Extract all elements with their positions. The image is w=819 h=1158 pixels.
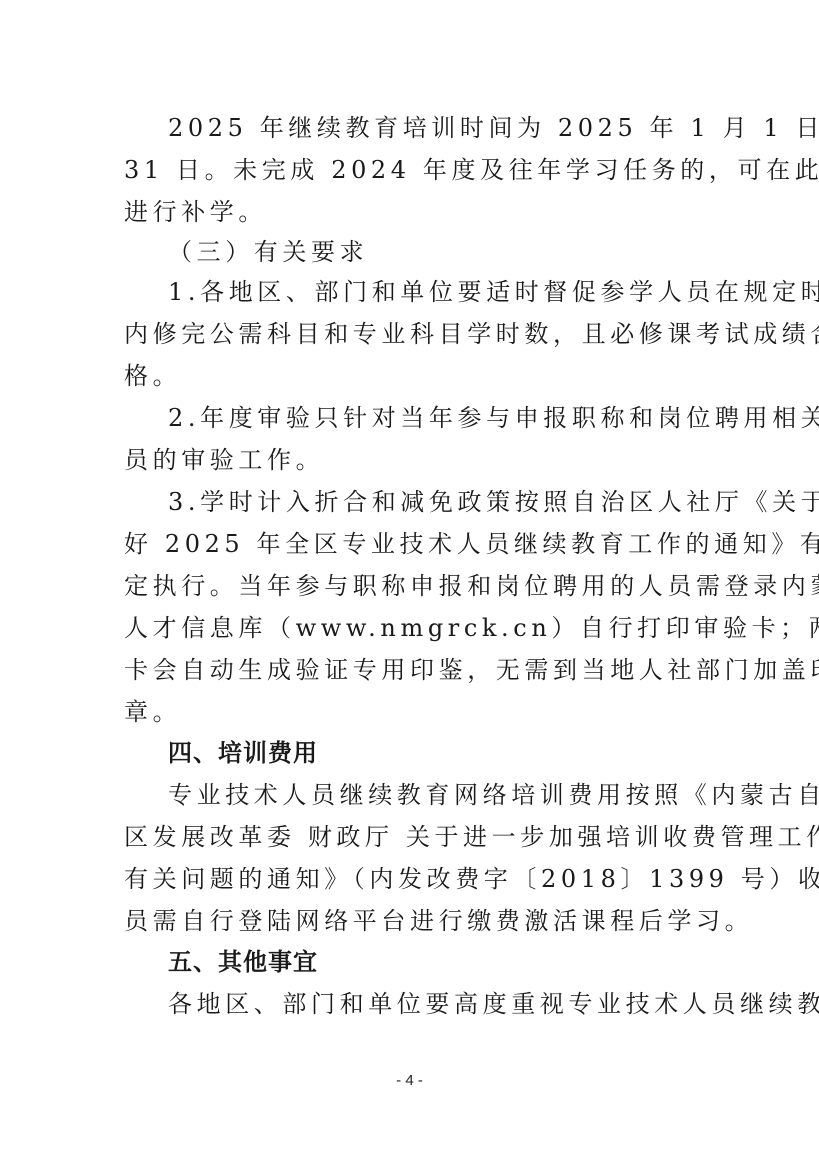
text-line: 2.年度审验只针对当年参与申报职称和岗位聘用相关人 — [168, 403, 694, 433]
text-line: 3.学时计入折合和减免政策按照自治区人社厅《关于做 — [168, 487, 694, 517]
text-line: 1.各地区、部门和单位要适时督促参学人员在规定时间 — [168, 277, 694, 307]
text-line: 员的审验工作。 — [124, 445, 324, 475]
text-line: 区发展改革委 财政厅 关于进一步加强培训收费管理工作 — [124, 822, 694, 852]
page-number: - 4 - — [0, 1072, 819, 1089]
text-line: 定执行。当年参与职称申报和岗位聘用的人员需登录内蒙古 — [124, 571, 694, 601]
text-line: 员需自行登陆网络平台进行缴费激活课程后学习。 — [124, 906, 753, 936]
text-line: 人才信息库（www.nmgrck.cn）自行打印审验卡；两类审验 — [124, 613, 694, 643]
section-heading: 四、培训费用 — [168, 738, 318, 768]
text-line: （三）有关要求 — [168, 237, 368, 267]
text-line: 专业技术人员继续教育网络培训费用按照《内蒙古自治 — [168, 780, 694, 810]
text-line: 各地区、部门和单位要高度重视专业技术人员继续教育 — [168, 989, 694, 1019]
text-line: 31 日。未完成 2024 年度及往年学习任务的，可在此时段内 — [124, 155, 694, 185]
text-line: 卡会自动生成验证专用印鉴，无需到当地人社部门加盖印 — [124, 655, 694, 685]
text-line: 格。 — [124, 361, 181, 391]
text-line: 章。 — [124, 697, 181, 727]
text-line: 2025 年继续教育培训时间为 2025 年 1 月 1 日至 12 月 — [168, 113, 694, 143]
text-line: 好 2025 年全区专业技术人员继续教育工作的通知》有关规 — [124, 529, 694, 559]
text-line: 有关问题的通知》（内发改费字〔2018〕1399 号）收取，学 — [124, 864, 694, 894]
text-line: 内修完公需科目和专业科目学时数，且必修课考试成绩合 — [124, 319, 694, 349]
text-line: 进行补学。 — [124, 197, 267, 227]
document-page: 2025 年继续教育培训时间为 2025 年 1 月 1 日至 12 月31 日… — [0, 0, 819, 1158]
section-heading: 五、其他事宜 — [168, 947, 318, 977]
